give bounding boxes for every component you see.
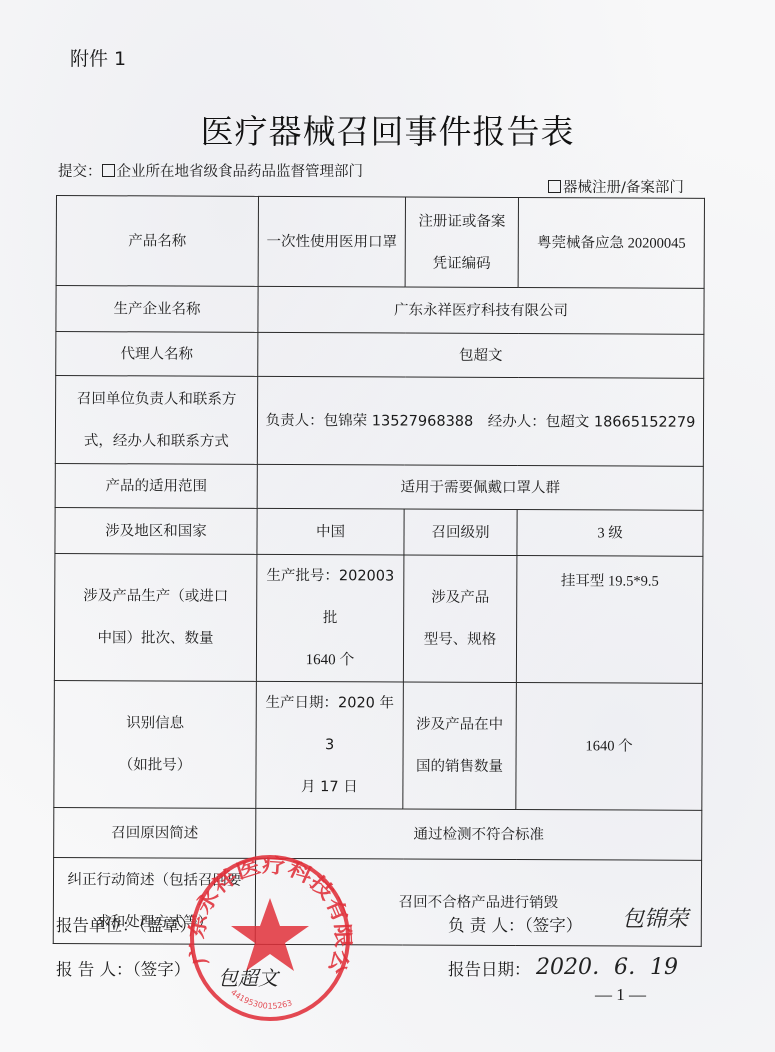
reason-label: 召回原因简述 [54, 807, 256, 858]
contact-label-line1: 召回单位负责人和联系方 [60, 378, 253, 421]
ident-value-line1: 生产日期：2020 年 3 [261, 682, 399, 767]
reporter-label: 报 告 人：（签字） [56, 956, 190, 980]
contact-value: 负责人：包锦荣 13527968388 经办人：包超文 18665152279 [257, 376, 703, 466]
table-row: 产品名称 一次性使用医用口罩 注册证或备案 凭证编码 粤莞械备应急 202000… [56, 196, 704, 289]
submit-option-registration-label: 器械注册/备案部门 [563, 180, 684, 196]
sales-label: 涉及产品在中 国的销售数量 [403, 682, 517, 809]
batch-label-line1: 涉及产品生产（或进口 [59, 575, 252, 618]
reporter-signature: 包超文 [218, 962, 278, 991]
responsible-signature: 包锦荣 [622, 902, 688, 933]
batch-value-line2: 1640 个 [261, 639, 399, 682]
table-row: 产品的适用范围 适用于需要佩戴口罩人群 [55, 463, 703, 510]
ident-label-line2: （如批号） [58, 744, 251, 787]
submit-prefix: 提交： [58, 164, 102, 180]
sales-label-line2: 国的销售数量 [407, 746, 511, 788]
sales-value: 1640 个 [516, 683, 703, 811]
report-date-label: 报告日期： [448, 956, 531, 980]
batch-label: 涉及产品生产（或进口 中国）批次、数量 [54, 553, 257, 681]
manufacturer-label: 生产企业名称 [56, 286, 258, 333]
manufacturer-value: 广东永祥医疗科技有限公司 [258, 286, 704, 334]
page-title: 医疗器械召回事件报告表 [0, 106, 775, 153]
table-row: 涉及产品生产（或进口 中国）批次、数量 生产批号：202003 批 1640 个… [54, 553, 703, 683]
product-name-value: 一次性使用医用口罩 [258, 196, 405, 287]
table-row: 召回单位负责人和联系方 式，经办人和联系方式 负责人：包锦荣 135279683… [55, 376, 703, 467]
reg-cert-label: 注册证或备案 凭证编码 [405, 197, 518, 287]
reg-cert-value: 粤莞械备应急 20200045 [518, 198, 704, 289]
contact-label-line2: 式，经办人和联系方式 [60, 420, 253, 463]
sales-label-line1: 涉及产品在中 [408, 704, 512, 746]
ident-value-line2: 月 17 日 [260, 766, 398, 809]
table-row: 生产企业名称 广东永祥医疗科技有限公司 [56, 286, 704, 335]
checkbox-registration-dept[interactable] [548, 180, 561, 193]
batch-label-line2: 中国）批次、数量 [59, 617, 252, 660]
table-row: 召回原因简述 通过检测不符合标准 [54, 807, 702, 860]
model-label-line2: 型号、规格 [408, 619, 512, 661]
region-label: 涉及地区和国家 [55, 507, 257, 554]
ident-label: 识别信息 （如批号） [54, 680, 257, 808]
checkbox-provincial-dept[interactable] [102, 164, 115, 177]
agent-value: 包超文 [258, 332, 704, 378]
table-row: 识别信息 （如批号） 生产日期：2020 年 3 月 17 日 涉及产品在中 国… [54, 680, 703, 810]
ident-value: 生产日期：2020 年 3 月 17 日 [256, 681, 404, 809]
ident-label-line1: 识别信息 [59, 702, 252, 745]
recall-level-value: 3 级 [517, 510, 703, 557]
report-unit-label: 报告单位：（盖章） [56, 912, 196, 936]
scope-value: 适用于需要佩戴口罩人群 [257, 464, 703, 510]
submit-option-registration: 器械注册/备案部门 [548, 176, 684, 197]
agent-label: 代理人名称 [56, 332, 258, 377]
scope-label: 产品的适用范围 [55, 463, 257, 508]
recall-report-table: 产品名称 一次性使用医用口罩 注册证或备案 凭证编码 粤莞械备应急 202000… [53, 195, 705, 947]
batch-value: 生产批号：202003 批 1640 个 [256, 554, 404, 682]
reg-cert-label-line1: 注册证或备案 [410, 200, 514, 242]
region-value: 中国 [257, 508, 404, 555]
page-number: — 1 — [595, 985, 646, 1005]
table-row: 涉及地区和国家 中国 召回级别 3 级 [55, 507, 703, 556]
attachment-label: 附件 1 [70, 44, 126, 71]
product-name-label: 产品名称 [56, 196, 258, 287]
contact-label: 召回单位负责人和联系方 式，经办人和联系方式 [55, 376, 257, 465]
reason-value: 通过检测不符合标准 [256, 808, 702, 860]
model-label-line1: 涉及产品 [408, 577, 512, 619]
batch-value-line1: 生产批号：202003 批 [261, 555, 399, 640]
report-date-value: 2020．6．19 [536, 950, 678, 981]
action-label-line1: 纠正行动简述（包括召回要 [58, 859, 251, 902]
submit-option-provincial: 企业所在地省级食品药品监督管理部门 [117, 164, 364, 180]
responsible-label: 负 责 人：（签字） [448, 912, 582, 936]
model-value: 挂耳型 19.5*9.5 [516, 556, 703, 684]
table-row: 代理人名称 包超文 [56, 332, 704, 379]
submit-line: 提交：企业所在地省级食品药品监督管理部门 [58, 160, 363, 181]
reg-cert-label-line2: 凭证编码 [410, 242, 514, 284]
recall-level-label: 召回级别 [404, 509, 517, 555]
model-label: 涉及产品 型号、规格 [403, 555, 517, 682]
